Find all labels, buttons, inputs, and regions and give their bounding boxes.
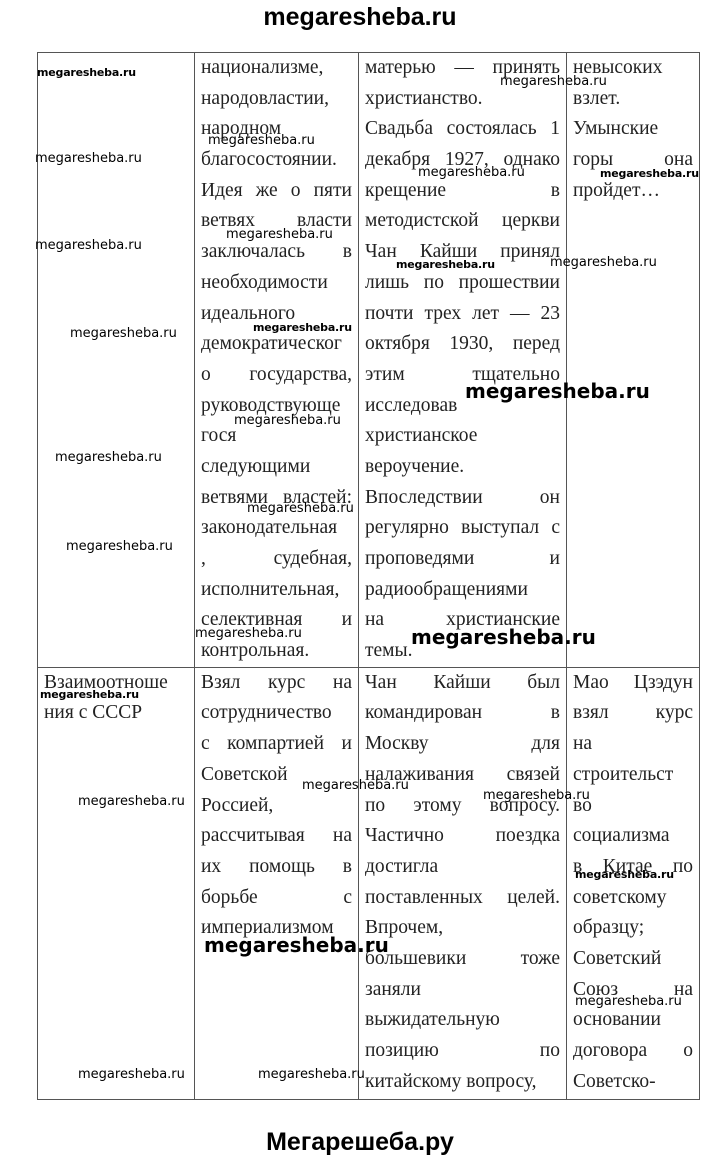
text-line: ния с СССР	[44, 698, 188, 729]
text-line: с компартией и	[201, 729, 352, 760]
text-line: проповедями и	[365, 544, 560, 575]
text-line: народовластии,	[201, 84, 352, 115]
text-line: октября 1930, перед	[365, 329, 560, 360]
watermark: megaresheba.ru	[78, 1068, 185, 1081]
text-line: договора о	[573, 1036, 693, 1067]
text-line: Взял курс на	[201, 668, 352, 699]
watermark: megaresheba.ru	[575, 995, 682, 1008]
text-line: лишь по прошествии	[365, 268, 560, 299]
text-line: о государства,	[201, 360, 352, 391]
watermark: megaresheba.ru	[465, 381, 650, 401]
watermark: megaresheba.ru	[66, 540, 173, 553]
watermark: megaresheba.ru	[418, 166, 525, 179]
text-line: радиообращениями	[365, 575, 560, 606]
watermark: megaresheba.ru	[575, 869, 674, 880]
text-line: поставленных целей.	[365, 883, 560, 914]
text-line: советскому	[573, 883, 693, 914]
text-line: , судебная,	[201, 544, 352, 575]
table-cell-col3: Чан Кайши былкомандирован вМоскву длянал…	[359, 667, 567, 1099]
text-line: сотрудничество	[201, 698, 352, 729]
text-line: социализма	[573, 821, 693, 852]
table-cell-col2: Взял курс насотрудничествос компартией и…	[195, 667, 359, 1099]
watermark: megaresheba.ru	[208, 134, 315, 147]
text-line: регулярно выступал с	[365, 513, 560, 544]
text-line: Впоследствии он	[365, 483, 560, 514]
watermark: megaresheba.ru	[258, 1068, 365, 1081]
text-line: образцу;	[573, 913, 693, 944]
watermark: megaresheba.ru	[550, 256, 657, 269]
text-line: национализме,	[201, 53, 352, 84]
text-line: рассчитывая на	[201, 821, 352, 852]
text-line: методистской церкви	[365, 206, 560, 237]
watermark: megaresheba.ru	[411, 627, 596, 647]
text-line: вероучение.	[365, 452, 560, 483]
site-header-title: megaresheba.ru	[0, 0, 720, 34]
text-line: пройдет…	[573, 176, 693, 207]
watermark: megaresheba.ru	[37, 67, 136, 78]
watermark: megaresheba.ru	[234, 414, 341, 427]
text-line: крещение в	[365, 176, 560, 207]
text-line: Впрочем,	[365, 913, 560, 944]
table-cell-topic	[38, 53, 195, 668]
text-line: Москву для	[365, 729, 560, 760]
watermark: megaresheba.ru	[204, 935, 389, 955]
text-line: благосостоянии.	[201, 145, 352, 176]
text-line: позицию по	[365, 1036, 560, 1067]
watermark: megaresheba.ru	[500, 75, 607, 88]
text-line: Свадьба состоялась 1	[365, 114, 560, 145]
watermark: megaresheba.ru	[247, 502, 354, 515]
watermark: megaresheba.ru	[253, 322, 352, 333]
text-line: большевики тоже	[365, 944, 560, 975]
text-line: Советско-	[573, 1067, 693, 1098]
watermark: megaresheba.ru	[302, 779, 409, 792]
text-line: Идея же о пяти	[201, 176, 352, 207]
text-line: их помощь в	[201, 852, 352, 883]
text-line: строительст	[573, 760, 693, 791]
text-line: заняли	[365, 975, 560, 1006]
table-cell-col4: Мао Цзэдунвзял курснастроительствосоциал…	[567, 667, 700, 1099]
text-line: достигла	[365, 852, 560, 883]
text-line: Россией,	[201, 791, 352, 822]
text-line: борьбе с	[201, 883, 352, 914]
watermark: megaresheba.ru	[55, 451, 162, 464]
text-line: командирован в	[365, 698, 560, 729]
watermark: megaresheba.ru	[78, 795, 185, 808]
watermark: megaresheba.ru	[35, 152, 142, 165]
watermark: megaresheba.ru	[396, 259, 495, 270]
table-row: Взаимоотношения с СССР Взял курс насотру…	[38, 667, 700, 1099]
text-line: почти трех лет — 23	[365, 299, 560, 330]
text-line: Частично поездка	[365, 821, 560, 852]
text-line: Умынские	[573, 114, 693, 145]
table-cell-col4: невысокихвзлет.Умынскиегоры онапройдет…	[567, 53, 700, 668]
site-footer-title: Мегарешеба.ру	[0, 1124, 720, 1160]
table-row: национализме,народовластии,народномблаго…	[38, 53, 700, 668]
text-line: на	[573, 729, 693, 760]
table-cell-topic: Взаимоотношения с СССР	[38, 667, 195, 1099]
table-cell-col3: матерью — принятьхристианство.Свадьба со…	[359, 53, 567, 668]
text-line: христианское	[365, 421, 560, 452]
watermark: megaresheba.ru	[35, 239, 142, 252]
text-line: во	[573, 791, 693, 822]
watermark: megaresheba.ru	[226, 228, 333, 241]
text-line: законодательная	[201, 513, 352, 544]
text-line: китайскому вопросу,	[365, 1067, 560, 1098]
text-line: Мао Цзэдун	[573, 668, 693, 699]
text-line: исполнительная,	[201, 575, 352, 606]
watermark: megaresheba.ru	[195, 627, 302, 640]
text-line: Советский	[573, 944, 693, 975]
watermark: megaresheba.ru	[600, 168, 699, 179]
text-line: следующими	[201, 452, 352, 483]
text-line: взял курс	[573, 698, 693, 729]
text-line: основании	[573, 1005, 693, 1036]
text-line: необходимости	[201, 268, 352, 299]
watermark: megaresheba.ru	[483, 789, 590, 802]
text-line: Чан Кайши был	[365, 668, 560, 699]
watermark: megaresheba.ru	[70, 327, 177, 340]
watermark: megaresheba.ru	[40, 689, 139, 700]
text-line: выжидательную	[365, 1005, 560, 1036]
